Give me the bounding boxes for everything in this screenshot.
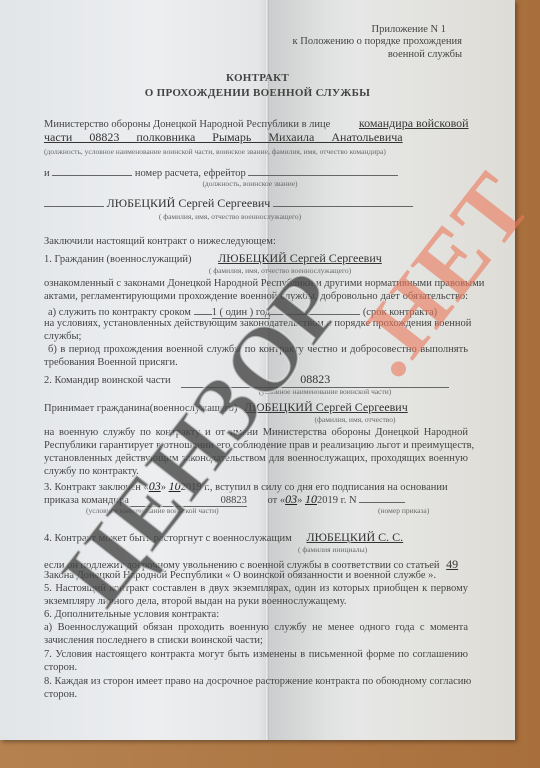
ministry-text: Министерство обороны Донецкой Народной Р…: [44, 119, 330, 130]
p3-order-from: от «: [268, 495, 286, 506]
blank: [194, 304, 212, 315]
and-text: и: [44, 168, 50, 179]
commander-fill-1: командира войсковой: [359, 116, 469, 130]
blank: [273, 196, 413, 207]
p3-caption-num: (номер приказа): [378, 506, 458, 515]
accept-text-3: установленных действующим законодательст…: [44, 453, 468, 464]
p2-caption: (условное наименование воинской части): [230, 387, 420, 396]
p4-article: 49: [446, 557, 458, 571]
p6a-text-1: а) Военнослужащий обязан проходить военн…: [44, 622, 468, 633]
p1a-caption: (срок контракта): [363, 307, 437, 318]
p1-caption: ( фамилия, имя, отчество военнослужащего…: [180, 266, 380, 275]
p6a-text-2: зачисления последнего в списки воинской …: [44, 635, 468, 646]
p1-text-2: актами, регламентирующими прохождение во…: [44, 291, 468, 302]
position-line: и номер расчета, ефрейтор: [44, 165, 468, 179]
accept-fill: ЛЮБЕЦКИЙ Сергей Сергеевич: [244, 400, 408, 414]
p8-text-2: сторон.: [44, 689, 468, 700]
p3-order-label: приказа командира: [44, 495, 129, 506]
p4-line: 4. Контракт может быть расторгнут с воен…: [44, 530, 468, 545]
p2-label: 2. Командир воинской части: [44, 375, 171, 386]
accept-text-1: на военную службу по контракту и от имен…: [44, 427, 468, 438]
p3-order-day: 03: [285, 492, 297, 506]
position-fill: номер расчета, ефрейтор: [135, 168, 246, 179]
p3-caption-unit: (условное наименование воинской части): [86, 506, 246, 515]
blank: [52, 165, 132, 176]
p2-line: 2. Командир воинской части 08823: [44, 372, 468, 388]
p4-caption: ( фамилия инициалы): [298, 545, 378, 554]
p1a-text-2: службы;: [44, 331, 468, 342]
p7-text-2: сторон.: [44, 662, 468, 673]
contract-subtitle: О ПРОХОЖДЕНИИ ВОЕННОЙ СЛУЖБЫ: [0, 87, 515, 99]
p5-text-1: 5. Настоящий контракт составлен в двух э…: [44, 583, 468, 594]
p1a-label: а) служить по контракту сроком: [48, 307, 191, 318]
p3-order-year: 2019 г. N: [317, 495, 357, 506]
p3-order-line: приказа командира08823 от «03» 102019 г.…: [44, 492, 468, 507]
p1-line: 1. Гражданин (военнослужащий) ЛЮБЕЦКИЙ С…: [44, 251, 468, 266]
blank: [359, 492, 405, 503]
p4-text-2: Закона Донецкой Народной Республики « О …: [44, 570, 468, 581]
p3-order-quote: »: [297, 495, 302, 506]
serviceman-fill: ЛЮБЕЦКИЙ Сергей Сергеевич: [107, 196, 271, 210]
p5-text-2: экземпляру личного дела, второй выдан на…: [44, 596, 468, 607]
accept-label: Принимает гражданина(военнослужащего): [44, 403, 237, 414]
accept-text-4: службу по контракту.: [44, 466, 468, 477]
p1-fill: ЛЮБЕЦКИЙ Сергей Сергеевич: [218, 251, 382, 265]
p1b-text-1: б) в период прохождения военной службы п…: [48, 344, 468, 355]
p1-label: 1. Гражданин (военнослужащий): [44, 254, 191, 265]
commander-fill-2: части 08823 полковника Рымарь Михаила Ан…: [44, 130, 403, 144]
p3-month: 10: [169, 479, 181, 493]
p7-text-1: 7. Условия настоящего контракта могут бы…: [44, 649, 468, 660]
contract-title: КОНТРАКТ: [0, 72, 515, 84]
p6-label: 6. Дополнительные условия контракта:: [44, 609, 468, 620]
blank: [270, 304, 360, 315]
p1-text-1: ознакомленный с законами Донецкой Народн…: [44, 278, 468, 289]
p4-label: 4. Контракт может быть расторгнут с воен…: [44, 533, 292, 544]
intro-text: Заключили настоящий контракт о нижеследу…: [44, 236, 468, 247]
accept-caption: (фамилия, имя, отчество): [290, 415, 420, 424]
p3-day: 03: [149, 479, 161, 493]
p1b-text-2: требования Военной присяги.: [44, 357, 468, 368]
position-caption: (должность, воинское звание): [180, 179, 320, 188]
commander-line: части 08823 полковника Рымарь Михаила Ан…: [44, 130, 468, 145]
commander-caption: (должность, условное наименование воинск…: [44, 147, 468, 156]
serviceman-caption: ( фамилия, имя, отчество военнослужащего…: [120, 212, 340, 221]
p2-fill: 08823: [181, 372, 449, 388]
appendix-line-2: к Положению о порядке прохождения: [250, 36, 462, 47]
appendix-line-3: военной службы: [250, 49, 462, 60]
accept-line: Принимает гражданина(военнослужащего) ЛЮ…: [44, 400, 468, 415]
blank: [44, 196, 104, 207]
p8-text-1: 8. Каждая из сторон имеет право на досро…: [44, 676, 468, 687]
contract-document: Приложение N 1 к Положению о порядке про…: [0, 0, 515, 740]
p1a-text-1: на условиях, установленных действующим з…: [44, 318, 468, 329]
p4-fill: ЛЮБЕЦКИЙ С. С.: [306, 530, 403, 544]
ministry-line: Министерство обороны Донецкой Народной Р…: [44, 116, 468, 131]
serviceman-line: ЛЮБЕЦКИЙ Сергей Сергеевич: [44, 196, 468, 211]
p3-order-month: 10: [305, 492, 317, 506]
blank: [248, 165, 398, 176]
accept-text-2: Республики гарантирует в отношении его с…: [44, 440, 468, 451]
appendix-line-1: Приложение N 1: [250, 24, 446, 35]
p1a-line: а) служить по контракту сроком 1 ( один …: [48, 304, 472, 318]
